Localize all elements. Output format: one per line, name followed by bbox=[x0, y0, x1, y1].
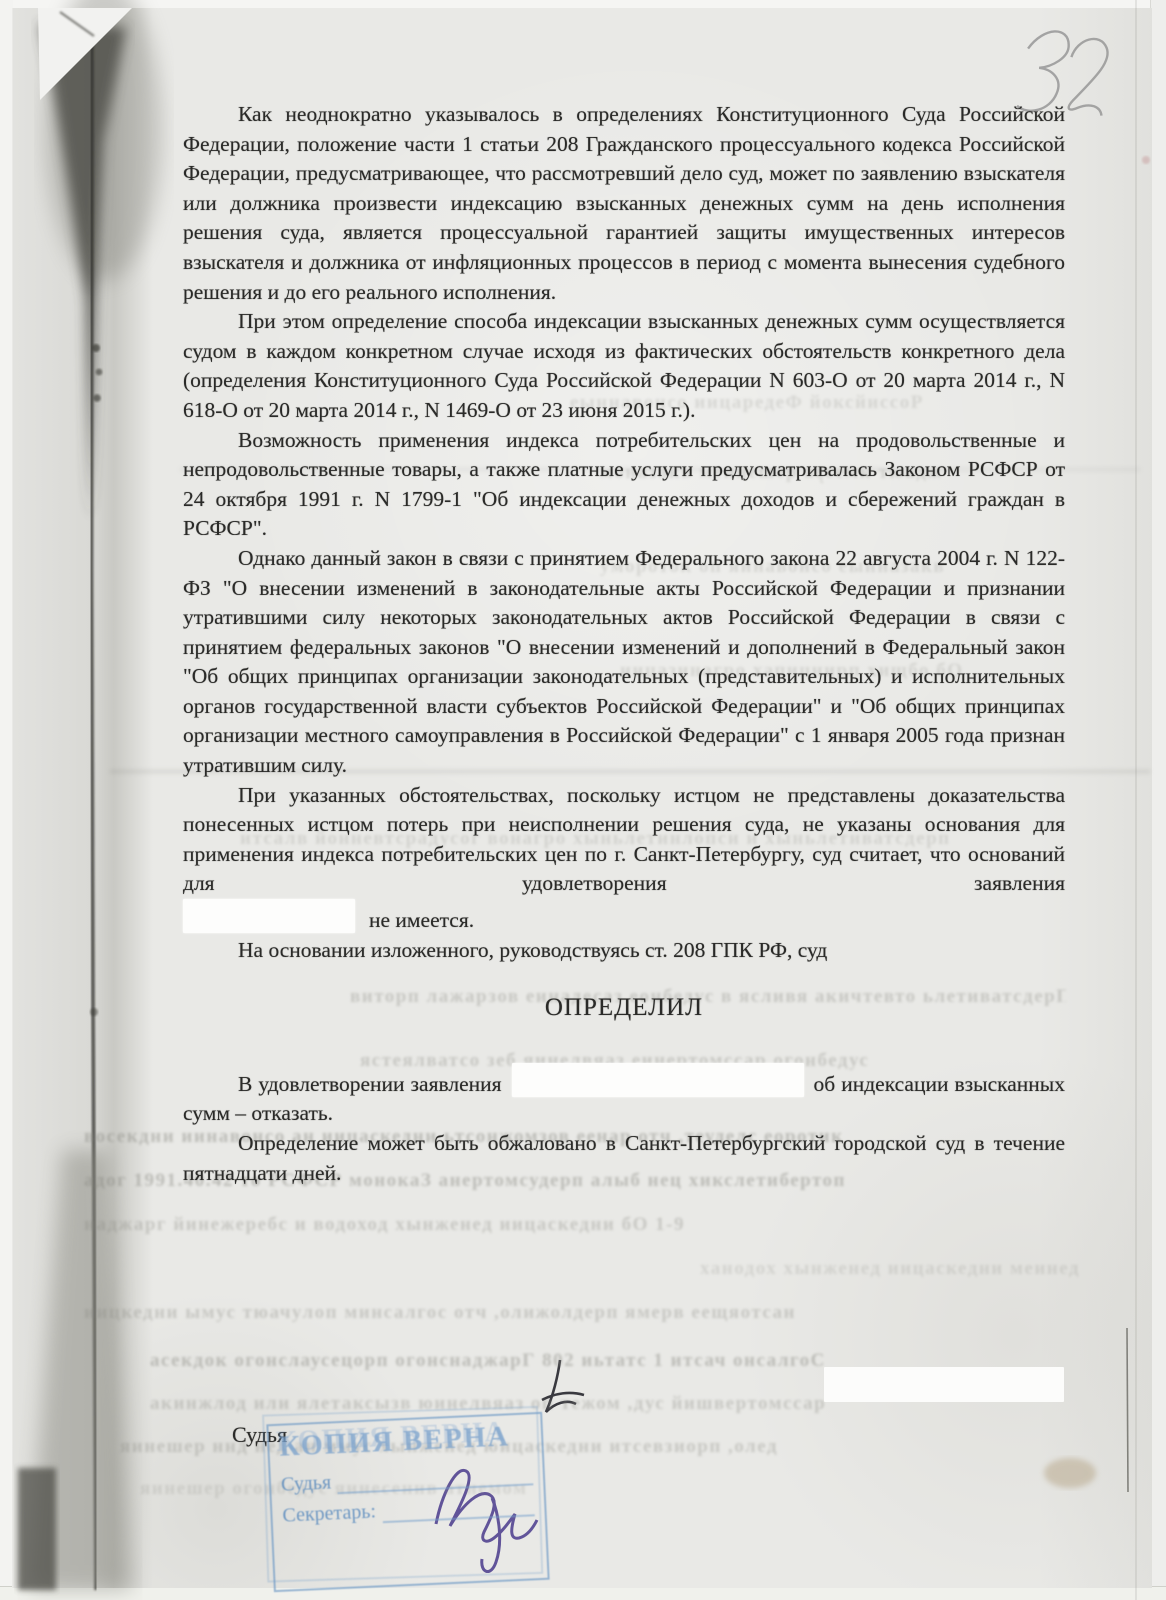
ruling-text-before: В удовлетворении заявления bbox=[238, 1072, 502, 1096]
paragraph-cpi-law: Возможность применения индекса потребите… bbox=[183, 426, 1065, 544]
redaction-box-applicant-name bbox=[512, 1063, 804, 1097]
stamp-title: КОПИЯ ВЕРНА bbox=[279, 1420, 532, 1463]
dark-strip-bottom-left bbox=[18, 1468, 56, 1590]
paper-speck bbox=[1142, 156, 1150, 164]
bleed-text-line: иицкедни ымус тюачулоп минсалгос отч ,ол… bbox=[84, 1302, 1064, 1324]
conclusion-ending-text: не имеется. bbox=[369, 908, 474, 932]
stamp-secretary-row: Секретарь: bbox=[282, 1493, 535, 1527]
redaction-box-applicant bbox=[183, 899, 355, 933]
stamp-secretary-label: Секретарь: bbox=[282, 1500, 377, 1527]
stamp-secretary-signature-line bbox=[382, 1496, 535, 1523]
stamp-judge-signature-line bbox=[337, 1465, 534, 1494]
bleed-text-line: наджарг йинежеребс и водоход хынженед ии… bbox=[84, 1214, 684, 1236]
stamp-judge-label: Судья bbox=[281, 1471, 332, 1496]
document-body: Как неоднократно указывалось в определен… bbox=[183, 100, 1065, 1188]
paragraph-legal-basis: На основании изложенного, руководствуясь… bbox=[183, 936, 1065, 966]
stamp-judge-row: Судья bbox=[281, 1462, 534, 1496]
redaction-box-judge-name bbox=[824, 1367, 1064, 1402]
paper-stain bbox=[1044, 1458, 1096, 1488]
paragraph-ruling: В удовлетворении заявленияоб индексации … bbox=[183, 1063, 1065, 1129]
paragraph-law-repealed: Однако данный закон в связи с принятием … bbox=[183, 544, 1065, 781]
bleed-text-line: ханодох хынженед иицаскедни меинед bbox=[700, 1258, 1120, 1280]
paragraph-conclusion: При указанных обстоятельствах, поскольку… bbox=[183, 781, 1065, 899]
right-edge-line bbox=[1127, 1328, 1128, 1492]
paragraph-constitutional-court: Как неоднократно указывалось в определен… bbox=[183, 100, 1065, 307]
paragraph-indexation-method: При этом определение способа индексации … bbox=[183, 307, 1065, 425]
conclusion-ending-line: не имеется. bbox=[183, 899, 1065, 936]
paragraph-appeal: Определение может быть обжаловано в Санк… bbox=[183, 1129, 1065, 1188]
copy-verified-stamp: КОПИЯ ВЕРНА Судья Секретарь: bbox=[266, 1412, 549, 1592]
ruling-heading: ОПРЕДЕЛИЛ bbox=[183, 993, 1065, 1023]
scanned-court-document: еыннавонсо иицаредеФ йоксйиссоР моназакв… bbox=[0, 0, 1166, 1600]
